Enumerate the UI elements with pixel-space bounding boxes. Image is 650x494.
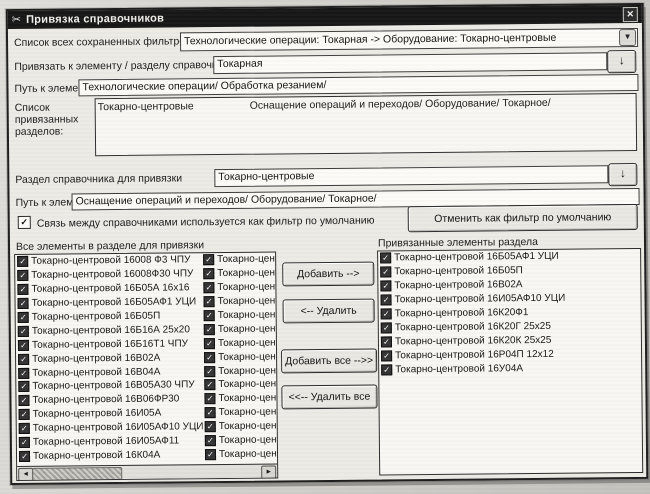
checked-icon xyxy=(18,381,29,392)
checked-icon xyxy=(204,310,215,321)
list-item[interactable]: Токарно-центров xyxy=(203,447,277,462)
horizontal-scrollbar[interactable]: ◄ ► xyxy=(17,463,277,479)
list-item-label: Токарно-центровой 16И05А xyxy=(33,408,162,420)
list-item-label: Токарно-центровой 16Б05П xyxy=(394,265,523,277)
list-item[interactable]: Токарно-центров xyxy=(202,336,276,351)
list-item[interactable]: Токарно-центров xyxy=(202,391,276,406)
checked-icon xyxy=(204,366,215,377)
checked-icon xyxy=(205,407,216,418)
list-item[interactable]: Токарно-центров xyxy=(203,433,277,448)
list-item-label: Токарно-центров xyxy=(218,323,277,335)
list-item-label: Токарно-центров xyxy=(217,282,277,294)
list-item-label: Токарно-центров xyxy=(219,420,277,432)
checked-icon xyxy=(205,421,216,432)
checked-icon xyxy=(203,255,214,266)
list-item-label: Токарно-центровой 16В05А30 ЧПУ xyxy=(32,380,194,393)
bound-section-name: Токарно-центровые xyxy=(98,99,250,115)
checked-icon xyxy=(18,340,29,351)
list-item-label: Токарно-центров xyxy=(218,379,277,391)
checked-icon xyxy=(204,338,215,349)
add-button[interactable]: Добавить --> xyxy=(282,262,374,287)
list-item-label: Токарно-центровой 16008Ф30 ЧПУ xyxy=(31,269,193,282)
list-item[interactable]: Токарно-центров xyxy=(203,405,277,420)
checked-icon xyxy=(204,380,215,391)
all-elements-listbox[interactable]: Токарно-центровой 16008 Ф3 ЧПУ Токарно-ц… xyxy=(14,251,278,481)
list-item[interactable]: Токарно-центров xyxy=(201,294,275,309)
list-item-label: Токарно-центровой 16К20К 25х25 xyxy=(395,335,552,348)
section-to-bind-pick-button[interactable]: ↓ xyxy=(608,163,637,186)
add-all-button[interactable]: Добавить все -->> xyxy=(281,349,377,374)
list-item-label: Токарно-центровой 16Б16А 25х20 xyxy=(32,324,190,337)
checked-icon xyxy=(18,326,29,337)
section-to-bind-label: Раздел справочника для привязки xyxy=(15,172,182,186)
list-item-label: Токарно-центров xyxy=(217,268,277,280)
list-item-label: Токарно-центровой 16И05АФ10 УЦИ xyxy=(394,293,565,306)
list-item-label: Токарно-центров xyxy=(218,337,277,349)
checked-icon xyxy=(381,308,392,319)
list-item-label: Токарно-центров xyxy=(218,351,277,363)
binding-dialog: ✂ Привязка справочников ✕ Список всех со… xyxy=(6,3,649,485)
list-item-label: Токарно-центровой 16В04А xyxy=(32,366,160,378)
checked-icon xyxy=(18,354,29,365)
bound-elements-listbox[interactable]: Токарно-центровой 16Б05АФ1 УЦИ Токарно-ц… xyxy=(377,248,643,476)
checked-icon xyxy=(17,284,28,295)
all-elements-columns: Токарно-центровой 16008 Ф3 ЧПУ Токарно-ц… xyxy=(15,252,277,466)
list-item-label: Токарно-центровой 16Б16Т1 ЧПУ xyxy=(32,338,188,350)
scrollbar-thumb[interactable] xyxy=(32,467,122,481)
section-to-bind-field[interactable]: Токарно-центровые xyxy=(214,165,608,187)
list-item-label: Токарно-центровой 16В06ФР30 xyxy=(32,394,179,406)
checked-icon xyxy=(205,435,216,446)
list-item-label: Токарно-центровой 16Б05АФ1 УЦИ xyxy=(394,251,559,264)
checked-icon xyxy=(380,267,391,278)
list-item-label: Токарно-центровой 16И05АФ10 УЦИ xyxy=(33,421,203,434)
list-item-label: Токарно-центров xyxy=(219,448,277,460)
checked-icon xyxy=(380,294,391,305)
list-item-label: Токарно-центровой 16У04А xyxy=(395,363,523,375)
scroll-left-icon[interactable]: ◄ xyxy=(18,468,33,481)
checked-icon xyxy=(19,409,30,420)
list-item[interactable]: Токарно-центровой 16У04А xyxy=(379,360,641,376)
saved-filters-combobox[interactable]: Технологические операции: Токарная -> Об… xyxy=(180,28,638,51)
checked-icon xyxy=(17,256,28,267)
list-item[interactable]: Токарно-центров xyxy=(203,419,277,434)
checked-icon xyxy=(204,393,215,404)
checked-icon xyxy=(380,281,391,292)
titlebar: ✂ Привязка справочников ✕ xyxy=(8,5,642,29)
checked-icon xyxy=(381,336,392,347)
list-item-label: Токарно-центров xyxy=(217,295,277,307)
bind-target-label: Привязать к элементу / разделу справочни… xyxy=(14,59,234,73)
list-item[interactable]: Токарно-центровой 16К04А xyxy=(17,448,203,464)
list-item-label: Токарно-центров xyxy=(218,393,277,405)
checked-icon xyxy=(19,451,30,462)
list-item[interactable]: Токарно-центров xyxy=(202,308,276,323)
checked-icon xyxy=(203,296,214,307)
checked-icon xyxy=(380,253,391,264)
list-item-label: Токарно-центровой 16В02А xyxy=(32,352,160,364)
list-item[interactable]: Токарно-центров xyxy=(202,322,276,337)
chevron-down-icon[interactable]: ▼ xyxy=(619,29,636,46)
bind-target-field[interactable]: Токарная xyxy=(213,52,607,74)
list-item-label: Токарно-центров xyxy=(219,434,277,446)
list-item-label: Токарно-центровой 16И05АФ11 xyxy=(33,435,179,447)
checked-icon xyxy=(18,298,29,309)
all-elements-label: Все элементы в разделе для привязки xyxy=(16,239,204,253)
list-item[interactable]: Токарно-центров xyxy=(202,350,276,365)
bound-section-row[interactable]: Токарно-центровые Оснащение операций и п… xyxy=(96,94,636,116)
list-item-label: Токарно-центров xyxy=(218,309,277,321)
checked-icon xyxy=(381,364,392,375)
list-item[interactable]: Токарно-центров xyxy=(201,252,275,267)
list-item-label: Токарно-центровой 16Б05А 16х16 xyxy=(31,283,189,296)
list-item-label: Токарно-центровой 16Б05АФ1 УЦИ xyxy=(32,296,197,309)
checked-icon xyxy=(203,268,214,279)
checked-icon xyxy=(18,312,29,323)
checked-icon xyxy=(18,395,29,406)
list-item-label: Токарно-центровой 16В02А xyxy=(394,279,522,291)
checked-icon xyxy=(381,350,392,361)
remove-button[interactable]: <-- Удалить xyxy=(283,299,375,324)
list-item-label: Токарно-центровой 16008 Ф3 ЧПУ xyxy=(31,255,190,268)
checked-icon xyxy=(204,352,215,363)
checked-icon xyxy=(17,270,28,281)
checked-icon xyxy=(204,324,215,335)
list-item-label: Токарно-центров xyxy=(217,254,277,266)
bound-sections-label: Список привязанных разделов: xyxy=(15,101,91,138)
checked-icon xyxy=(203,282,214,293)
list-item-label: Токарно-центров xyxy=(219,407,278,419)
window-title: Привязка справочников xyxy=(26,13,164,26)
checked-icon xyxy=(381,322,392,333)
saved-filters-value: Технологические операции: Токарная -> Об… xyxy=(184,30,619,49)
cancel-default-filter-button[interactable]: Отменить как фильтр по умолчанию xyxy=(408,204,638,232)
list-item[interactable]: Токарно-центров xyxy=(201,266,275,281)
list-item-label: Токарно-центровой 16К20Ф1 xyxy=(395,307,529,319)
default-filter-checkbox[interactable]: ✓ xyxy=(18,216,31,229)
scanned-page: { "window": { "title": "Привязка справоч… xyxy=(0,0,650,494)
scroll-right-icon[interactable]: ► xyxy=(261,465,276,478)
list-item-label: Токарно-центровой 16К04А xyxy=(33,450,160,462)
list-item-label: Токарно-центровой 16К20Г 25х25 xyxy=(395,321,551,333)
checked-icon xyxy=(19,423,30,434)
list-item-label: Токарно-центровой 16Р04П 12х12 xyxy=(395,349,554,362)
app-icon: ✂ xyxy=(12,14,21,25)
saved-filters-label: Список всех сохраненных фильтров: xyxy=(14,35,194,49)
all-elements-column-1: Токарно-центровой 16008 Ф3 ЧПУ Токарно-ц… xyxy=(15,253,203,467)
bound-section-path: Оснащение операций и переходов/ Оборудов… xyxy=(250,96,551,114)
checked-icon xyxy=(205,449,216,460)
list-item[interactable]: Токарно-центров xyxy=(202,378,276,393)
all-elements-column-2: Токарно-центров Токарно-центров Токарно-… xyxy=(201,252,277,465)
list-item-label: Токарно-центровой 16Б05П xyxy=(32,311,161,323)
close-icon[interactable]: ✕ xyxy=(623,7,638,22)
bind-target-pick-button[interactable]: ↓ xyxy=(607,50,636,73)
default-filter-label: Связь между справочниками используется к… xyxy=(37,215,375,230)
checked-icon xyxy=(19,437,30,448)
bound-elements-label: Привязанные элементы раздела xyxy=(378,236,538,250)
checked-icon xyxy=(18,367,29,378)
remove-all-button[interactable]: <<-- Удалить все xyxy=(281,385,377,410)
list-item[interactable]: Токарно-центров xyxy=(201,280,275,295)
bound-sections-listbox[interactable]: Токарно-центровые Оснащение операций и п… xyxy=(95,93,638,156)
list-item-label: Токарно-центров xyxy=(218,365,277,377)
list-item[interactable]: Токарно-центров xyxy=(202,364,276,379)
